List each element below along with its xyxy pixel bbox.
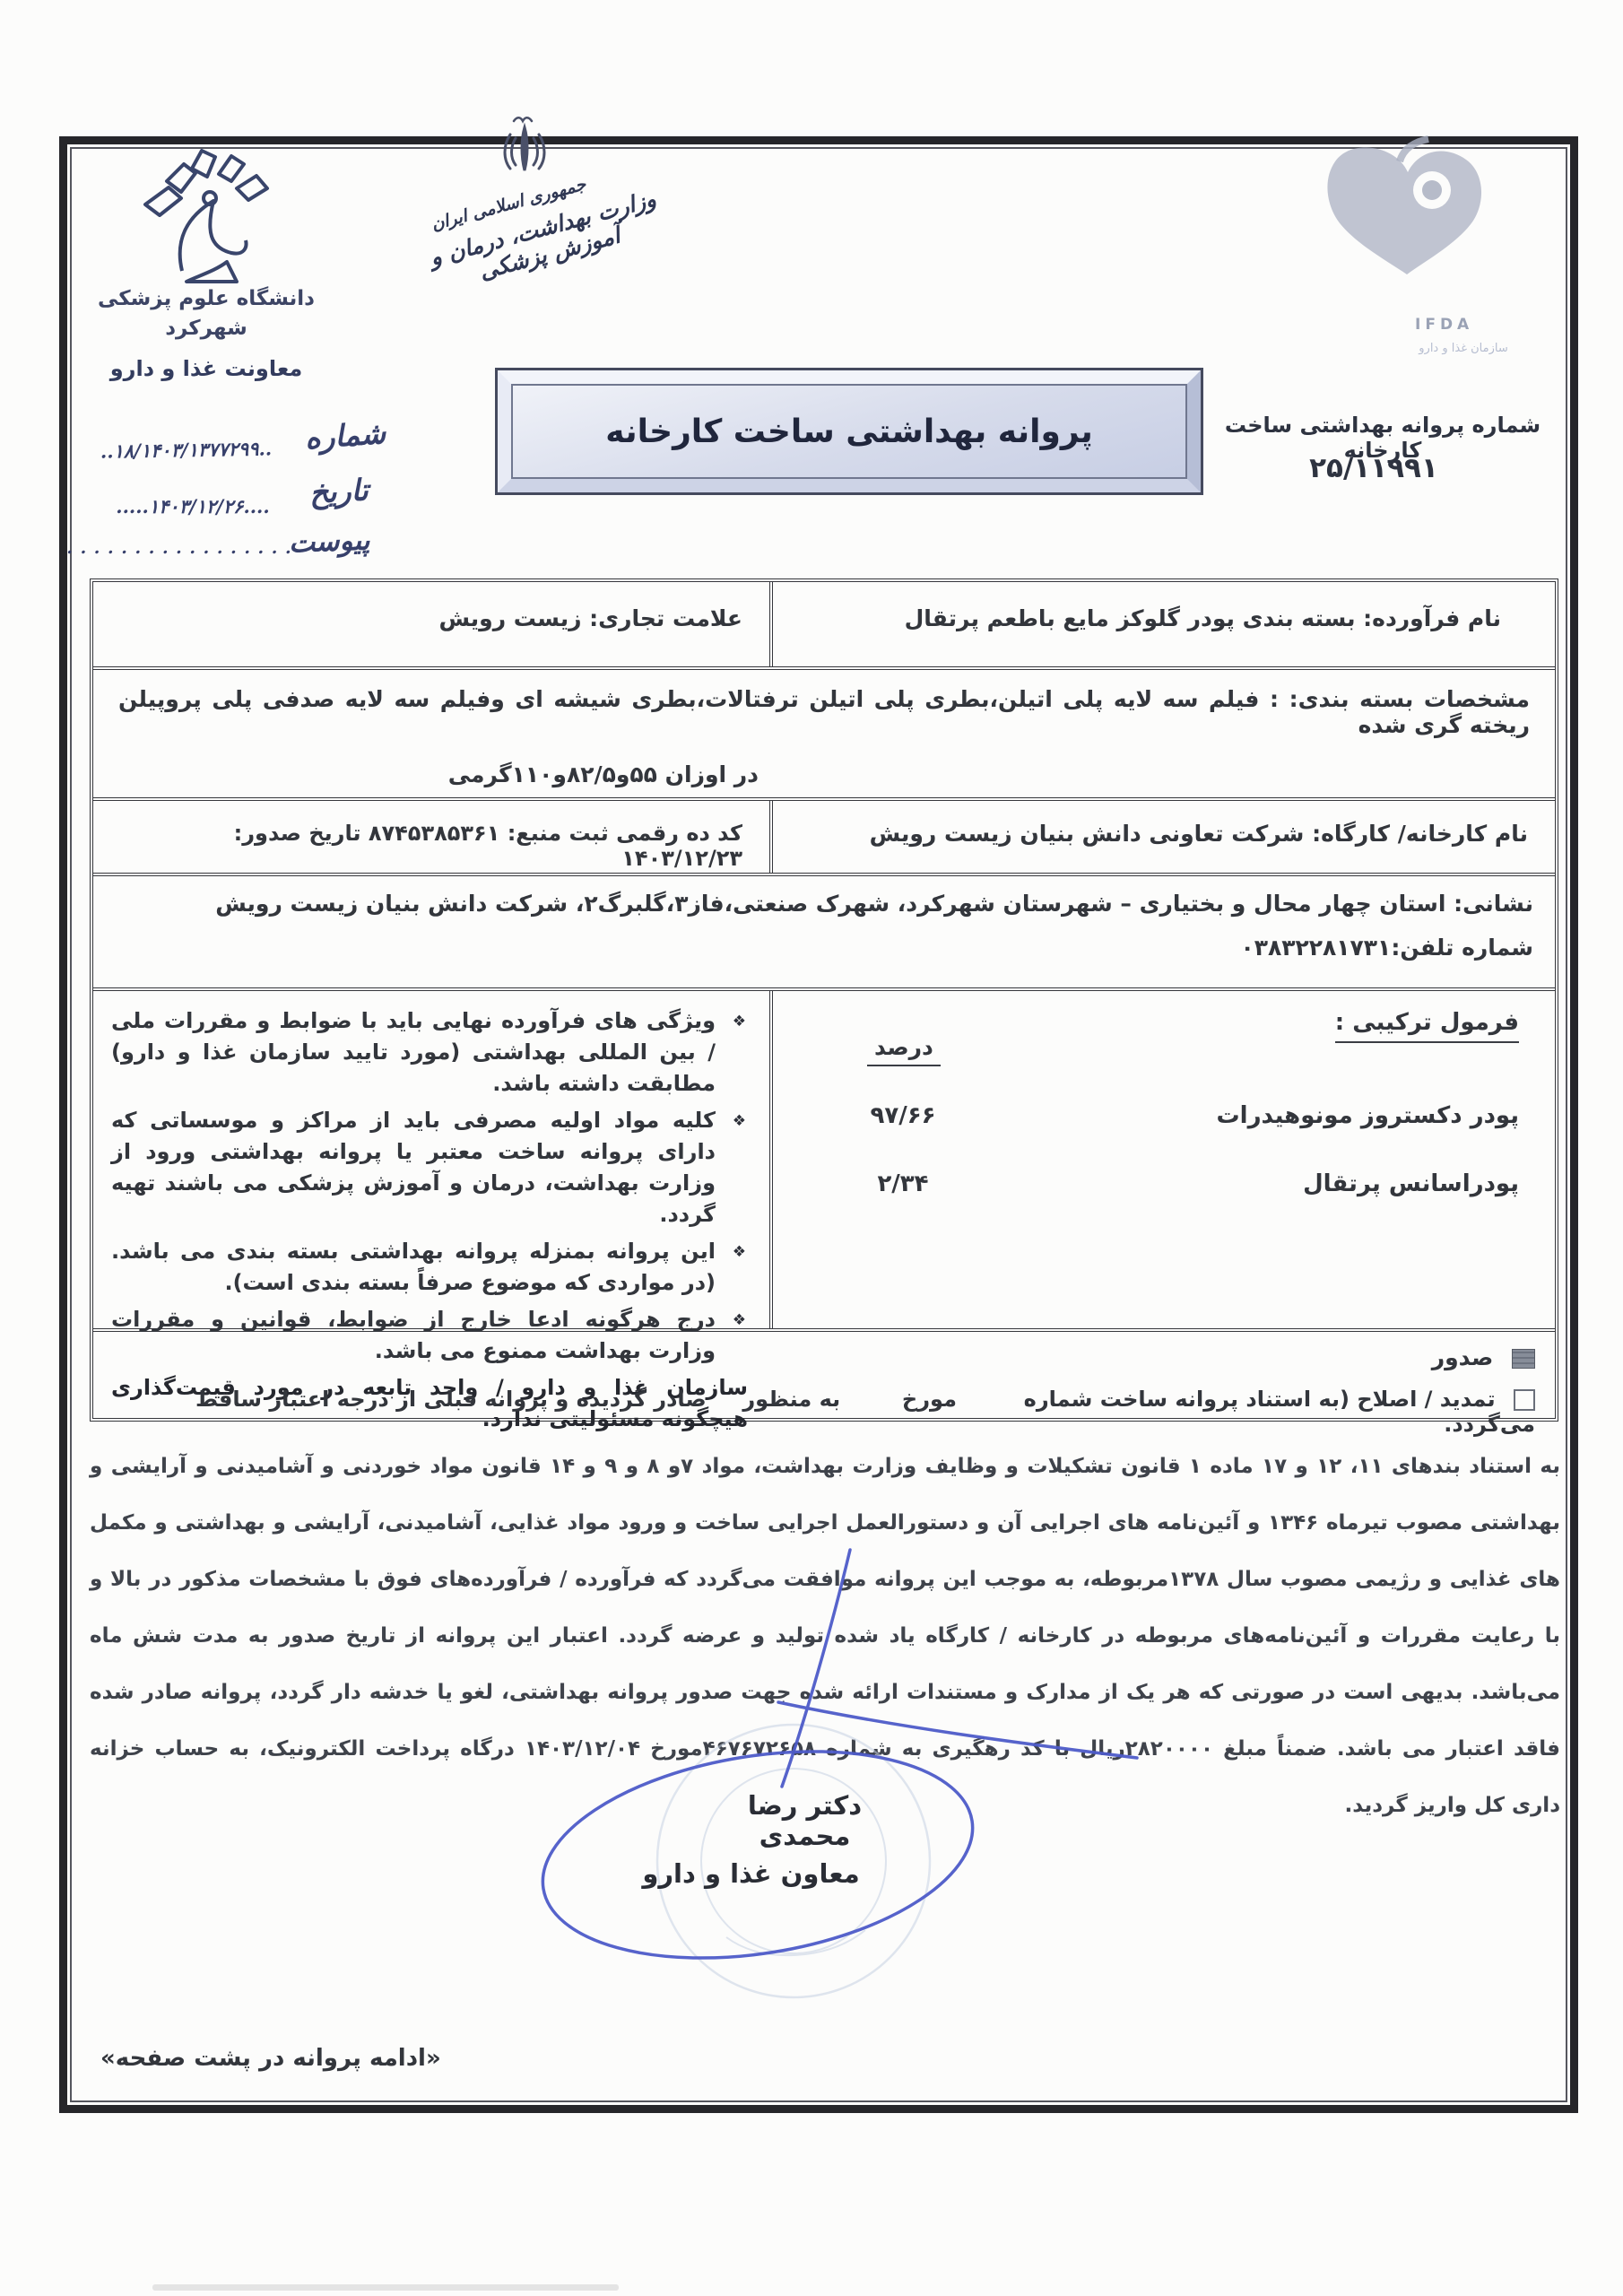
- conditions-list: ❖ ویژگی های فرآورده نهایی باید با ضوابط …: [111, 1005, 748, 1367]
- university-name: دانشگاه علوم پزشکی: [72, 287, 341, 310]
- title-plate-bevel: پروانه بهداشتی ساخت کارخانه: [498, 370, 1201, 492]
- table-row-address: نشانی: استان چهار محال و بختیاری – شهرست…: [93, 873, 1555, 987]
- packaging-spec-line1: مشخصات بسته بندی: : فیلم سه لایه پلی اتی…: [118, 686, 1530, 738]
- trademark-cell: علامت تجاری: زیست رویش: [93, 582, 769, 666]
- condition-item: ❖ کلیه مواد اولیه مصرفی باید از مراکز و …: [111, 1105, 748, 1231]
- renewal-dated-label: مورخ: [902, 1387, 957, 1412]
- condition-text: ویژگی های فرآورده نهایی باید با ضوابط و …: [111, 1008, 716, 1096]
- ingredient-percent: ۹۷/۶۶: [836, 1102, 970, 1129]
- license-number-value: ۲۵/۱۱۹۹۱: [1266, 452, 1481, 484]
- condition-text: درج هرگونه ادعا خارج از ضوابط، قوانین و …: [111, 1307, 716, 1363]
- source-code-cell: کد ده رقمی ثبت منبع: ۸۷۴۵۳۸۵۳۶۱ تاریخ صد…: [93, 801, 769, 873]
- diamond-bullet-icon: ❖: [733, 1106, 746, 1137]
- ref-number-label: شماره: [304, 415, 387, 456]
- condition-item: ❖ ویژگی های فرآورده نهایی باید با ضوابط …: [111, 1005, 748, 1100]
- table-row-formula-notes: فرمول ترکیبی : درصد پودر دکستروز مونوهید…: [93, 987, 1555, 1328]
- formula-row: پودراسانس پرتقال ۲/۳۴: [836, 1170, 1519, 1197]
- renewal-segment: تمدید / اصلاح (به استناد پروانه ساخت شما…: [1024, 1387, 1496, 1412]
- product-name-cell: نام فرآورده: بسته بندی پودر گلوکز مایع ب…: [769, 582, 1555, 666]
- document-title-plate: پروانه بهداشتی ساخت کارخانه: [495, 368, 1203, 495]
- license-specification-table: نام فرآورده: بسته بندی پودر گلوکز مایع ب…: [90, 578, 1558, 1422]
- document-title: پروانه بهداشتی ساخت کارخانه: [605, 413, 1092, 450]
- ifda-logo-icon: [1296, 135, 1520, 314]
- diamond-bullet-icon: ❖: [733, 1237, 746, 1268]
- diamond-bullet-icon: ❖: [733, 1006, 746, 1038]
- formula-title: فرمول ترکیبی :: [1335, 1009, 1519, 1043]
- ref-number-value: ..۱۸/۱۴۰۳/۱۳۷۷۲۹۹..: [63, 437, 309, 464]
- university-department: معاونت غذا و دارو: [72, 356, 341, 381]
- signatory-title: معاون غذا و دارو: [623, 1858, 879, 1889]
- scanned-license-document: دانشگاه علوم پزشکی شهرکرد معاونت غذا و د…: [0, 0, 1623, 2296]
- table-row-product: نام فرآورده: بسته بندی پودر گلوکز مایع ب…: [93, 582, 1555, 666]
- ingredient-name: پودر دکستروز مونوهیدرات: [1217, 1102, 1519, 1129]
- diamond-bullet-icon: ❖: [733, 1305, 746, 1336]
- formula-cell: فرمول ترکیبی : درصد پودر دکستروز مونوهید…: [769, 991, 1555, 1328]
- conditions-cell: ❖ ویژگی های فرآورده نهایی باید با ضوابط …: [93, 991, 769, 1328]
- signatory-name: دکتر رضا محمدی: [708, 1790, 901, 1851]
- packaging-spec-line2: در اوزان ۵۵و۸۲/۵و۱۱۰گرمی: [118, 761, 759, 787]
- condition-item: ❖ این پروانه بمنزله پروانه بهداشتی بسته …: [111, 1236, 748, 1299]
- ingredient-percent: ۲/۳۴: [836, 1170, 970, 1197]
- ref-attachment-value: . . . . . . . . . . . . . . . . .: [49, 538, 309, 558]
- percent-column-header: درصد: [867, 1034, 941, 1066]
- ref-date-value: ....۱۴۰۳/۱۲/۲۶.....: [81, 495, 305, 517]
- legal-paragraph: به استناد بندهای ۱۱، ۱۲ و ۱۷ ماده ۱ قانو…: [90, 1439, 1560, 1834]
- factory-name-cell: نام کارخانه/ کارگاه: شرکت تعاونی دانش بن…: [769, 801, 1555, 873]
- condition-text: این پروانه بمنزله پروانه بهداشتی بسته بن…: [111, 1239, 716, 1295]
- issue-checkbox-checked: [1512, 1349, 1535, 1369]
- ingredient-name: پودراسانس پرتقال: [1303, 1170, 1519, 1197]
- formula-row: پودر دکستروز مونوهیدرات ۹۷/۶۶: [836, 1102, 1519, 1129]
- ifda-acronym: IFDA: [1415, 316, 1473, 334]
- continue-on-back-note: «ادامه پروانه در پشت صفحه»: [100, 2045, 441, 2072]
- phone-line: شماره تلفن:۰۳۸۳۲۲۸۱۷۳۱: [115, 935, 1533, 961]
- table-row-factory: نام کارخانه/ کارگاه: شرکت تعاونی دانش بن…: [93, 797, 1555, 873]
- ifda-caption: سازمان غذا و دارو: [1392, 342, 1535, 355]
- address-line: نشانی: استان چهار محال و بختیاری – شهرست…: [115, 891, 1533, 917]
- condition-text: کلیه مواد اولیه مصرفی باید از مراکز و مو…: [111, 1108, 716, 1227]
- scan-smudge: [152, 2284, 619, 2291]
- renewal-purpose-label: به منظور: [742, 1387, 840, 1412]
- university-city: شهرکرد: [72, 317, 341, 340]
- table-row-packaging: مشخصات بسته بندی: : فیلم سه لایه پلی اتی…: [93, 666, 1555, 797]
- university-logo-icon: [133, 147, 285, 286]
- renewal-checkbox-empty: [1514, 1389, 1535, 1411]
- condition-item: ❖ درج هرگونه ادعا خارج از ضوابط، قوانین …: [111, 1304, 748, 1367]
- ref-date-label: تاریخ: [308, 472, 369, 509]
- issue-label: صدور: [1432, 1344, 1494, 1370]
